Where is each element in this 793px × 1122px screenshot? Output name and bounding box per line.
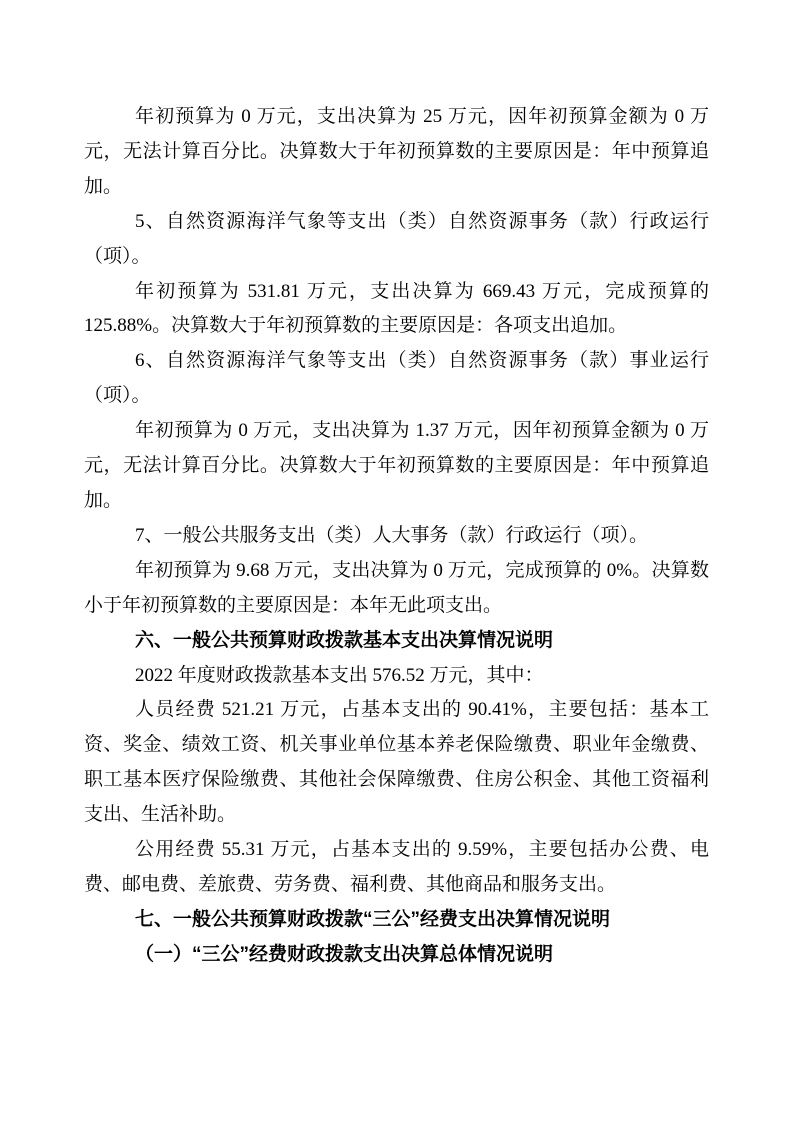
body-paragraph-budget-item4-figures: 年初预算为 0 万元，支出决算为 25 万元，因年初预算金额为 0 万元，无法计…	[84, 100, 709, 205]
body-paragraph-item6-figures: 年初预算为 0 万元，支出决算为 1.37 万元，因年初预算金额为 0 万元，无…	[84, 414, 709, 519]
section-heading-7: 七、一般公共预算财政拨款“三公”经费支出决算情况说明	[84, 903, 709, 938]
body-paragraph-basic-expenditure-total: 2022 年度财政拨款基本支出 576.52 万元，其中：	[84, 659, 709, 694]
body-paragraph-item5-figures: 年初预算为 531.81 万元，支出决算为 669.43 万元，完成预算的 12…	[84, 275, 709, 345]
body-paragraph-personnel-expenses: 人员经费 521.21 万元，占基本支出的 90.41%，主要包括：基本工资、奖…	[84, 693, 709, 833]
subsection-heading-7-1: （一）“三公”经费财政拨款支出决算总体情况说明	[84, 938, 709, 973]
document-body: 年初预算为 0 万元，支出决算为 25 万元，因年初预算金额为 0 万元，无法计…	[84, 100, 709, 973]
body-paragraph-public-expenses: 公用经费 55.31 万元，占基本支出的 9.59%，主要包括办公费、电费、邮电…	[84, 833, 709, 903]
body-paragraph-item7-figures: 年初预算为 9.68 万元，支出决算为 0 万元，完成预算的 0%。决算数小于年…	[84, 554, 709, 624]
body-paragraph-item5-title: 5、自然资源海洋气象等支出（类）自然资源事务（款）行政运行（项）。	[84, 205, 709, 275]
body-paragraph-item7-title: 7、一般公共服务支出（类）人大事务（款）行政运行（项）。	[84, 519, 709, 554]
body-paragraph-item6-title: 6、自然资源海洋气象等支出（类）自然资源事务（款）事业运行（项）。	[84, 344, 709, 414]
section-heading-6: 六、一般公共预算财政拨款基本支出决算情况说明	[84, 624, 709, 659]
document-page: 年初预算为 0 万元，支出决算为 25 万元，因年初预算金额为 0 万元，无法计…	[0, 0, 793, 1122]
